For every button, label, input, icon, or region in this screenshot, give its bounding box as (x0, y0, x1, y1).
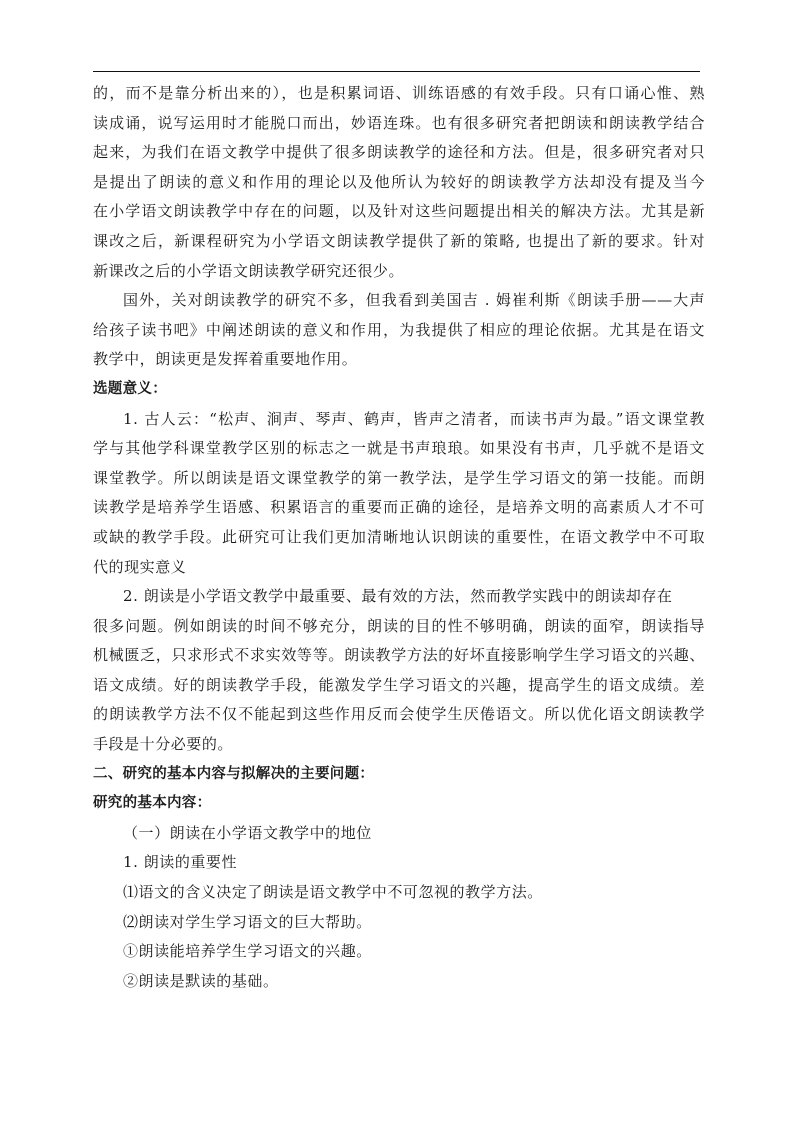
significance-item-2: 2. 朗读是小学语文教学中最重要、最有效的方法，然而教学实践中的朗读却存在 很多… (93, 582, 705, 760)
text-line: 的，而不是靠分析出来的），也是积累词语、训练语感的有效手段。只有口诵心惟、熟 (93, 79, 705, 109)
text-line: 读成诵，说写运用时才能脱口而出，妙语连珠。也有很多研究者把朗读和朗读教学结合 (93, 109, 705, 139)
outline-item: ⑵朗读对学生学习语文的巨大帮助。 (93, 908, 705, 938)
heading-section-2: 二、研究的基本内容与拟解决的主要问题： (93, 760, 705, 790)
text-line: 国外，关对朗读教学的研究不多，但我看到美国吉 . 姆崔利斯《朗读手册——大声 (93, 286, 705, 316)
outline-item: （一）朗读在小学语文教学中的地位 (93, 819, 705, 849)
text-line: 学与其他学科课堂教学区别的标志之一就是书声琅琅。如果没有书声，几乎就不是语文 (93, 434, 705, 464)
text-line: 起来，为我们在语文教学中提供了很多朗读教学的途径和方法。但是，很多研究者对只 (93, 138, 705, 168)
text-line: 新课改之后的小学语文朗读教学研究还很少。 (93, 257, 705, 287)
text-line: 读教学是培养学生语感、积累语言的重要而正确的途径，是培养文明的高素质人才不可 (93, 493, 705, 523)
significance-item-1: 1. 古人云：“松声、涧声、琴声、鹤声，皆声之清者，而读书声为最。”语文课堂教 … (93, 405, 705, 583)
document-page: 的，而不是靠分析出来的），也是积累词语、训练语感的有效手段。只有口诵心惟、熟 读… (93, 79, 705, 996)
text-line: 或缺的教学手段。此研究可让我们更加清晰地认识朗读的重要性，在语文教学中不可取 (93, 523, 705, 553)
text-line: 是提出了朗读的意义和作用的理论以及他所认为较好的朗读教学方法却没有提及当今 (93, 168, 705, 198)
text-line: 语文成绩。好的朗读教学手段，能激发学生学习语文的兴趣，提高学生的语文成绩。差 (93, 671, 705, 701)
outline-item: 1. 朗读的重要性 (93, 848, 705, 878)
content-outline: （一）朗读在小学语文教学中的地位 1. 朗读的重要性 ⑴语文的含义决定了朗读是语… (93, 819, 705, 997)
header-rule (93, 71, 700, 72)
foreign-research-paragraph: 国外，关对朗读教学的研究不多，但我看到美国吉 . 姆崔利斯《朗读手册——大声 给… (93, 286, 705, 375)
text-line: 2. 朗读是小学语文教学中最重要、最有效的方法，然而教学实践中的朗读却存在 (93, 582, 705, 612)
text-line: 机械匮乏，只求形式不求实效等等。朗读教学方法的好坏直接影响学生学习语文的兴趣、 (93, 641, 705, 671)
outline-item: ②朗读是默读的基础。 (93, 967, 705, 997)
intro-paragraph: 的，而不是靠分析出来的），也是积累词语、训练语感的有效手段。只有口诵心惟、熟 读… (93, 79, 705, 286)
text-line: 教学中，朗读更是发挥着重要地作用。 (93, 345, 705, 375)
text-line: 给孩子读书吧》中阐述朗读的意义和作用，为我提供了相应的理论依据。尤其是在语文 (93, 316, 705, 346)
text-line: 手段是十分必要的。 (93, 730, 705, 760)
text-line: 很多问题。例如朗读的时间不够充分，朗读的目的性不够明确，朗读的面窄，朗读指导 (93, 612, 705, 642)
text-line: 在小学语文朗读教学中存在的问题，以及针对这些问题提出相关的解决方法。尤其是新 (93, 197, 705, 227)
text-line: 的朗读教学方法不仅不能起到这些作用反而会使学生厌倦语文。所以优化语文朗读教学 (93, 700, 705, 730)
heading-basic-content: 研究的基本内容： (93, 789, 705, 819)
outline-item: ⑴语文的含义决定了朗读是语文教学中不可忽视的教学方法。 (93, 878, 705, 908)
text-line: 课堂教学。所以朗读是语文课堂教学的第一教学法，是学生学习语文的第一技能。而朗 (93, 464, 705, 494)
heading-significance: 选题意义： (93, 375, 705, 405)
outline-item: ①朗读能培养学生学习语文的兴趣。 (93, 937, 705, 967)
text-line: 1. 古人云：“松声、涧声、琴声、鹤声，皆声之清者，而读书声为最。”语文课堂教 (93, 405, 705, 435)
text-line: 课改之后，新课程研究为小学语文朗读教学提供了新的策略, 也提出了新的要求。针对 (93, 227, 705, 257)
text-line: 代的现实意义 (93, 553, 705, 583)
